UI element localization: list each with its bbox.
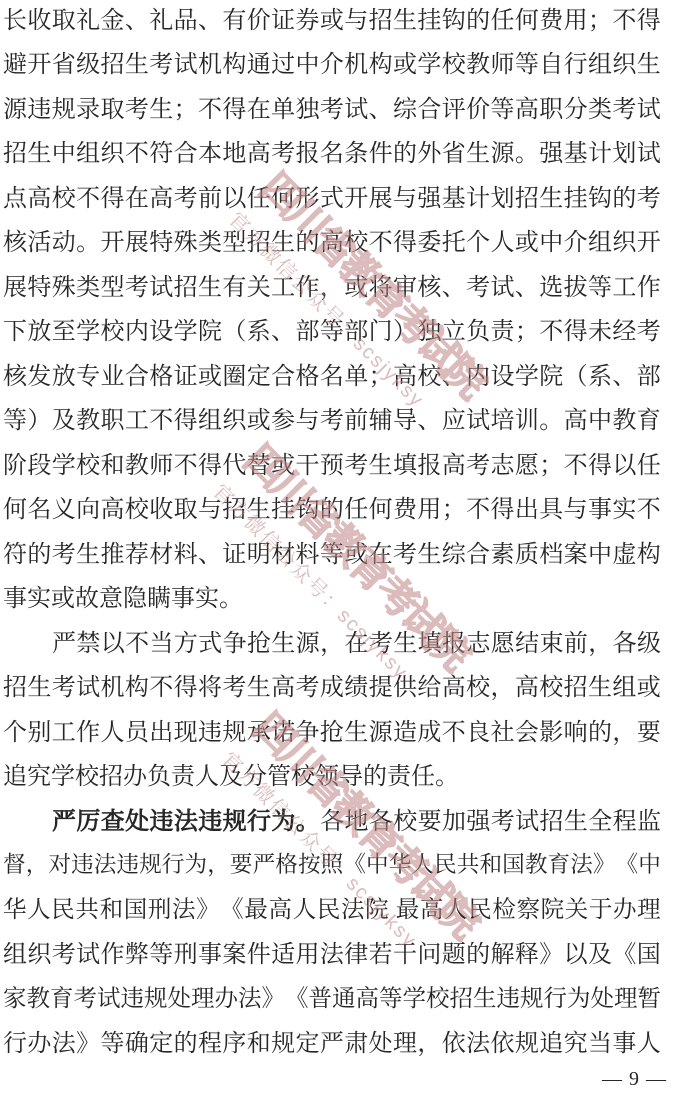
document-line: 严厉查处违法违规行为。各地各校要加强考试招生全程监 bbox=[3, 796, 661, 841]
document-line: 组织考试作弊等刑事案件适用法律若干问题的解释》以及《国 bbox=[3, 930, 661, 975]
document-line: 等）及教职工不得组织或参与考前辅导、应试培训。高中教育 bbox=[3, 396, 661, 441]
document-line: 招生中组织不符合本地高考报名条件的外省生源。强基计划试 bbox=[3, 129, 661, 174]
document-line: 事实或故意隐瞒事实。 bbox=[3, 574, 661, 619]
document-line: 严禁以不当方式争抢生源，在考生填报志愿结束前，各级 bbox=[3, 618, 661, 663]
document-line: 展特殊类型考试招生有关工作，或将审核、考试、选拔等工作 bbox=[3, 262, 661, 307]
document-line: 核活动。开展特殊类型招生的高校不得委托个人或中介组织开 bbox=[3, 218, 661, 263]
page-number: — 9 — bbox=[602, 1068, 667, 1091]
document-line: 家教育考试违规处理办法》《普通高等学校招生违规行为处理暂 bbox=[3, 974, 661, 1019]
document-page: 长收取礼金、礼品、有价证券或与招生挂钩的任何费用；不得避开省级招生考试机构通过中… bbox=[0, 0, 680, 1095]
document-line: 督，对违法违规行为，要严格按照《中华人民共和国教育法》《中 bbox=[3, 841, 661, 886]
document-line: 阶段学校和教师不得代替或干预考生填报高考志愿；不得以任 bbox=[3, 440, 661, 485]
document-line: 符的考生推荐材料、证明材料等或在考生综合素质档案中虚构 bbox=[3, 529, 661, 574]
document-line: 招生考试机构不得将考生高考成绩提供给高校，高校招生组或 bbox=[3, 663, 661, 708]
document-line: 源违规录取考生；不得在单独考试、综合评价等高职分类考试 bbox=[3, 84, 661, 129]
document-line: 避开省级招生考试机构通过中介机构或学校教师等自行组织生 bbox=[3, 40, 661, 85]
document-line: 个别工作人员出现违规承诺争抢生源造成不良社会影响的，要 bbox=[3, 707, 661, 752]
document-text: 长收取礼金、礼品、有价证券或与招生挂钩的任何费用；不得避开省级招生考试机构通过中… bbox=[3, 0, 661, 1063]
document-line: 追究学校招办负责人及分管校领导的责任。 bbox=[3, 752, 661, 797]
document-line: 核发放专业合格证或圈定合格名单；高校、内设学院（系、部 bbox=[3, 351, 661, 396]
document-line: 点高校不得在高考前以任何形式开展与强基计划招生挂钩的考 bbox=[3, 173, 661, 218]
document-line: 长收取礼金、礼品、有价证券或与招生挂钩的任何费用；不得 bbox=[3, 0, 661, 40]
document-line: 下放至学校内设学院（系、部等部门）独立负责；不得未经考 bbox=[3, 307, 661, 352]
document-line: 行办法》等确定的程序和规定严肃处理，依法依规追究当事人 bbox=[3, 1019, 661, 1064]
document-line: 华人民共和国刑法》《最高人民法院 最高人民检察院关于办理 bbox=[3, 885, 661, 930]
document-line: 何名义向高校收取与招生挂钩的任何费用；不得出具与事实不 bbox=[3, 485, 661, 530]
